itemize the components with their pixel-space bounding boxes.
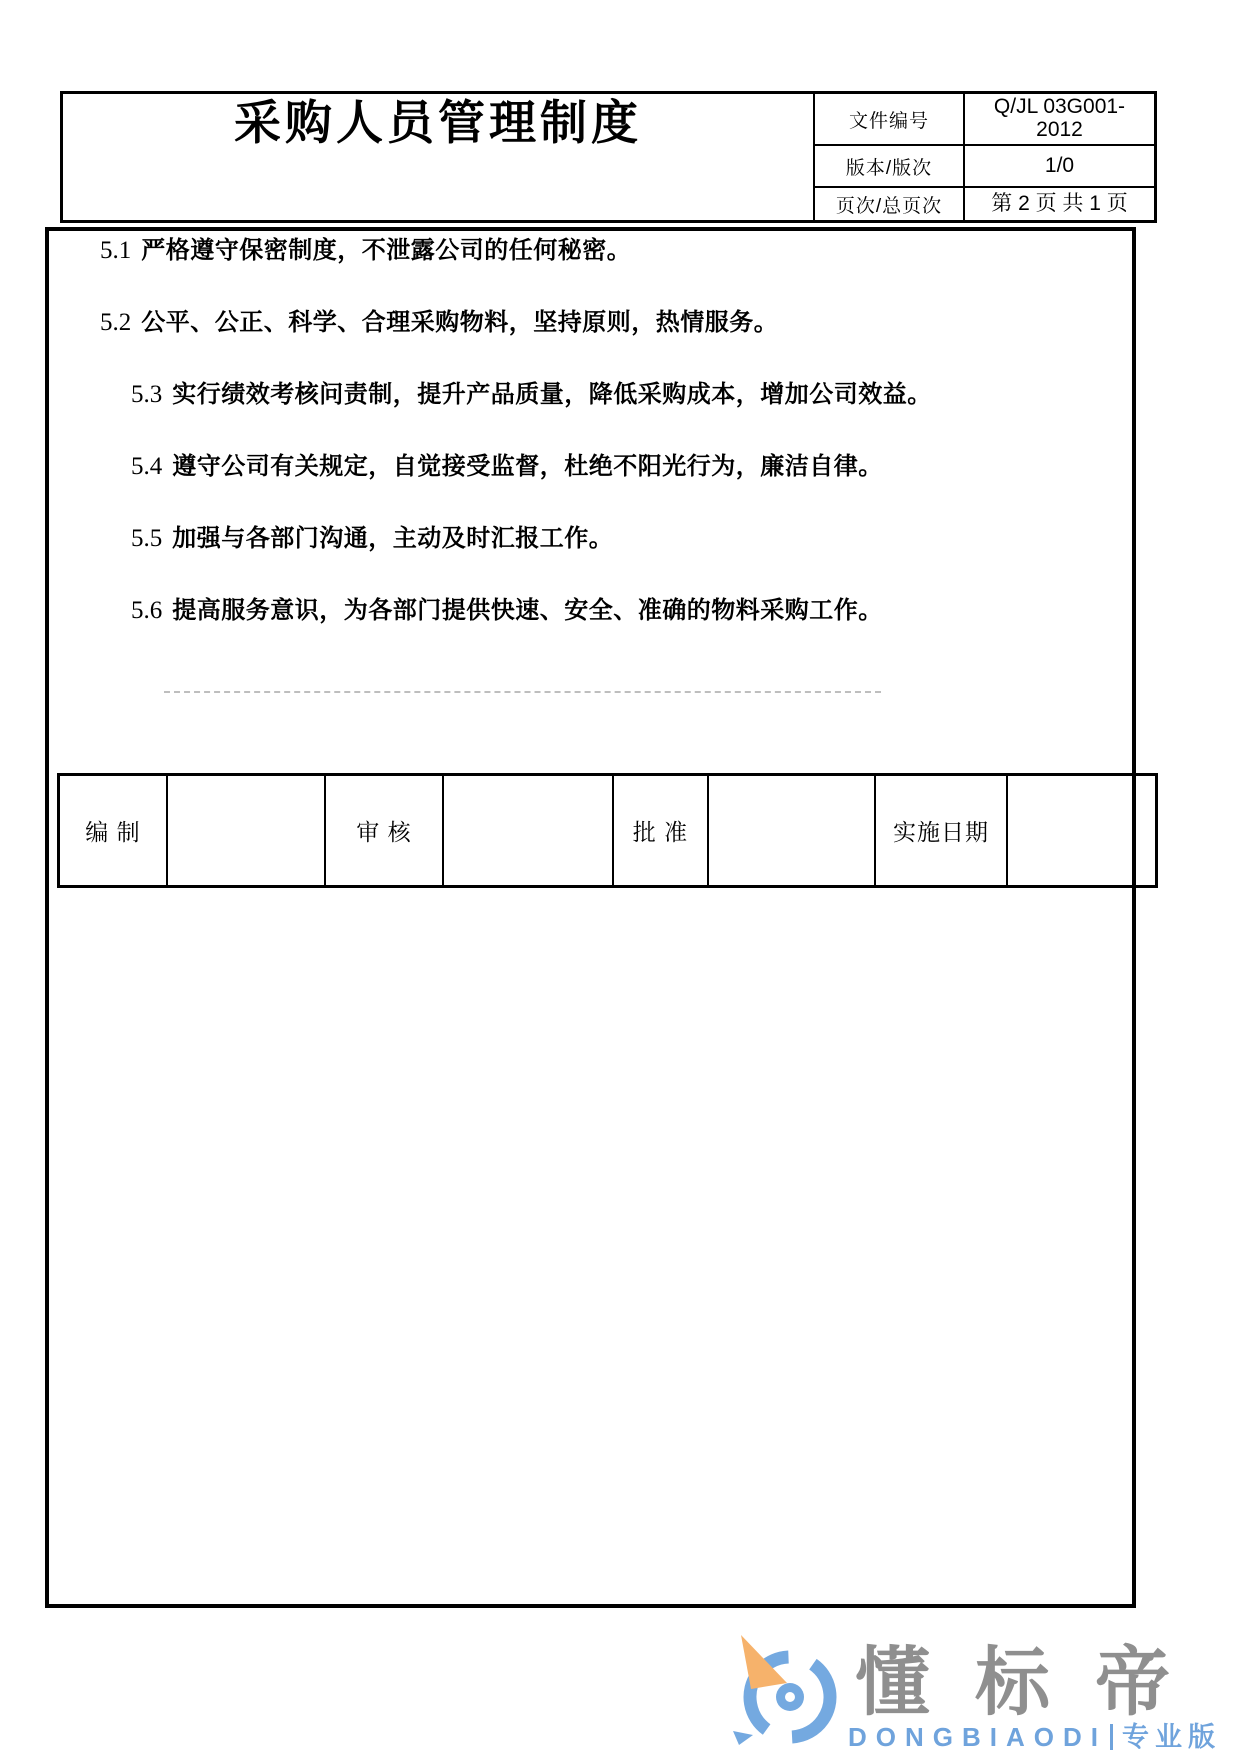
clause-5-1: 5.1严格遵守保密制度，不泄露公司的任何秘密。 [100, 236, 631, 266]
clause-text: 加强与各部门沟通，主动及时汇报工作。 [172, 525, 613, 552]
meta-value-version: 1/0 [963, 144, 1154, 186]
clause-text: 实行绩效考核问责制，提升产品质量，降低采购成本，增加公司效益。 [172, 381, 932, 408]
signoff-empty-cell [1008, 776, 1155, 885]
clause-5-4: 5.4遵守公司有关规定，自觉接受监督，杜绝不阳光行为，廉洁自律。 [131, 452, 883, 482]
brand-name-en-row: DONGBIAODI专业版 [848, 1721, 1221, 1753]
brand-divider [1110, 1724, 1113, 1750]
meta-value-page: 第 2 页 共 1 页 [963, 186, 1154, 220]
document-body [45, 227, 1136, 1608]
meta-label-version: 版本/版次 [813, 144, 963, 186]
clause-5-6: 5.6提高服务意识，为各部门提供快速、安全、准确的物料采购工作。 [131, 596, 883, 626]
clause-number: 5.2 [100, 309, 131, 336]
clause-text: 严格遵守保密制度，不泄露公司的任何秘密。 [141, 237, 631, 264]
signoff-empty-cell [168, 776, 326, 885]
signoff-label-approved-by: 批 准 [614, 776, 709, 885]
edition-badge: 专业版 [1122, 1722, 1221, 1752]
clause-text: 提高服务意识，为各部门提供快速、安全、准确的物料采购工作。 [172, 597, 883, 624]
clause-number: 5.6 [131, 597, 162, 624]
clause-number: 5.1 [100, 237, 131, 264]
clause-number: 5.4 [131, 453, 162, 480]
signoff-empty-cell [709, 776, 876, 885]
clause-text: 公平、公正、科学、合理采购物料，坚持原则，热情服务。 [141, 309, 778, 336]
page-title: 采购人员管理制度 [63, 94, 813, 220]
signoff-label-reviewed-by: 审 核 [326, 776, 444, 885]
brand-name-en: DONGBIAODI [848, 1722, 1107, 1752]
document-page: 采购人员管理制度 文件编号 Q/JL 03G001-2012 版本/版次 1/0… [0, 0, 1241, 1754]
brand-name-cn: 懂标帝 [855, 1645, 1215, 1720]
signoff-label-prepared-by: 编 制 [60, 776, 168, 885]
target-logo-icon [727, 1631, 847, 1751]
signoff-empty-cell [444, 776, 614, 885]
meta-label-doc-number: 文件编号 [813, 94, 963, 144]
clause-5-3: 5.3实行绩效考核问责制，提升产品质量，降低采购成本，增加公司效益。 [131, 380, 932, 410]
divider-line [164, 691, 881, 693]
signoff-label-effective-date: 实施日期 [876, 776, 1008, 885]
header-table: 采购人员管理制度 文件编号 Q/JL 03G001-2012 版本/版次 1/0… [60, 91, 1157, 223]
meta-value-doc-number: Q/JL 03G001-2012 [963, 94, 1154, 144]
clause-5-2: 5.2公平、公正、科学、合理采购物料，坚持原则，热情服务。 [100, 308, 778, 338]
clause-5-5: 5.5加强与各部门沟通，主动及时汇报工作。 [131, 524, 613, 554]
signoff-table: 编 制 审 核 批 准 实施日期 [57, 773, 1158, 888]
clause-text: 遵守公司有关规定，自觉接受监督，杜绝不阳光行为，廉洁自律。 [172, 453, 883, 480]
clause-number: 5.5 [131, 525, 162, 552]
clause-number: 5.3 [131, 381, 162, 408]
meta-label-page: 页次/总页次 [813, 186, 963, 220]
